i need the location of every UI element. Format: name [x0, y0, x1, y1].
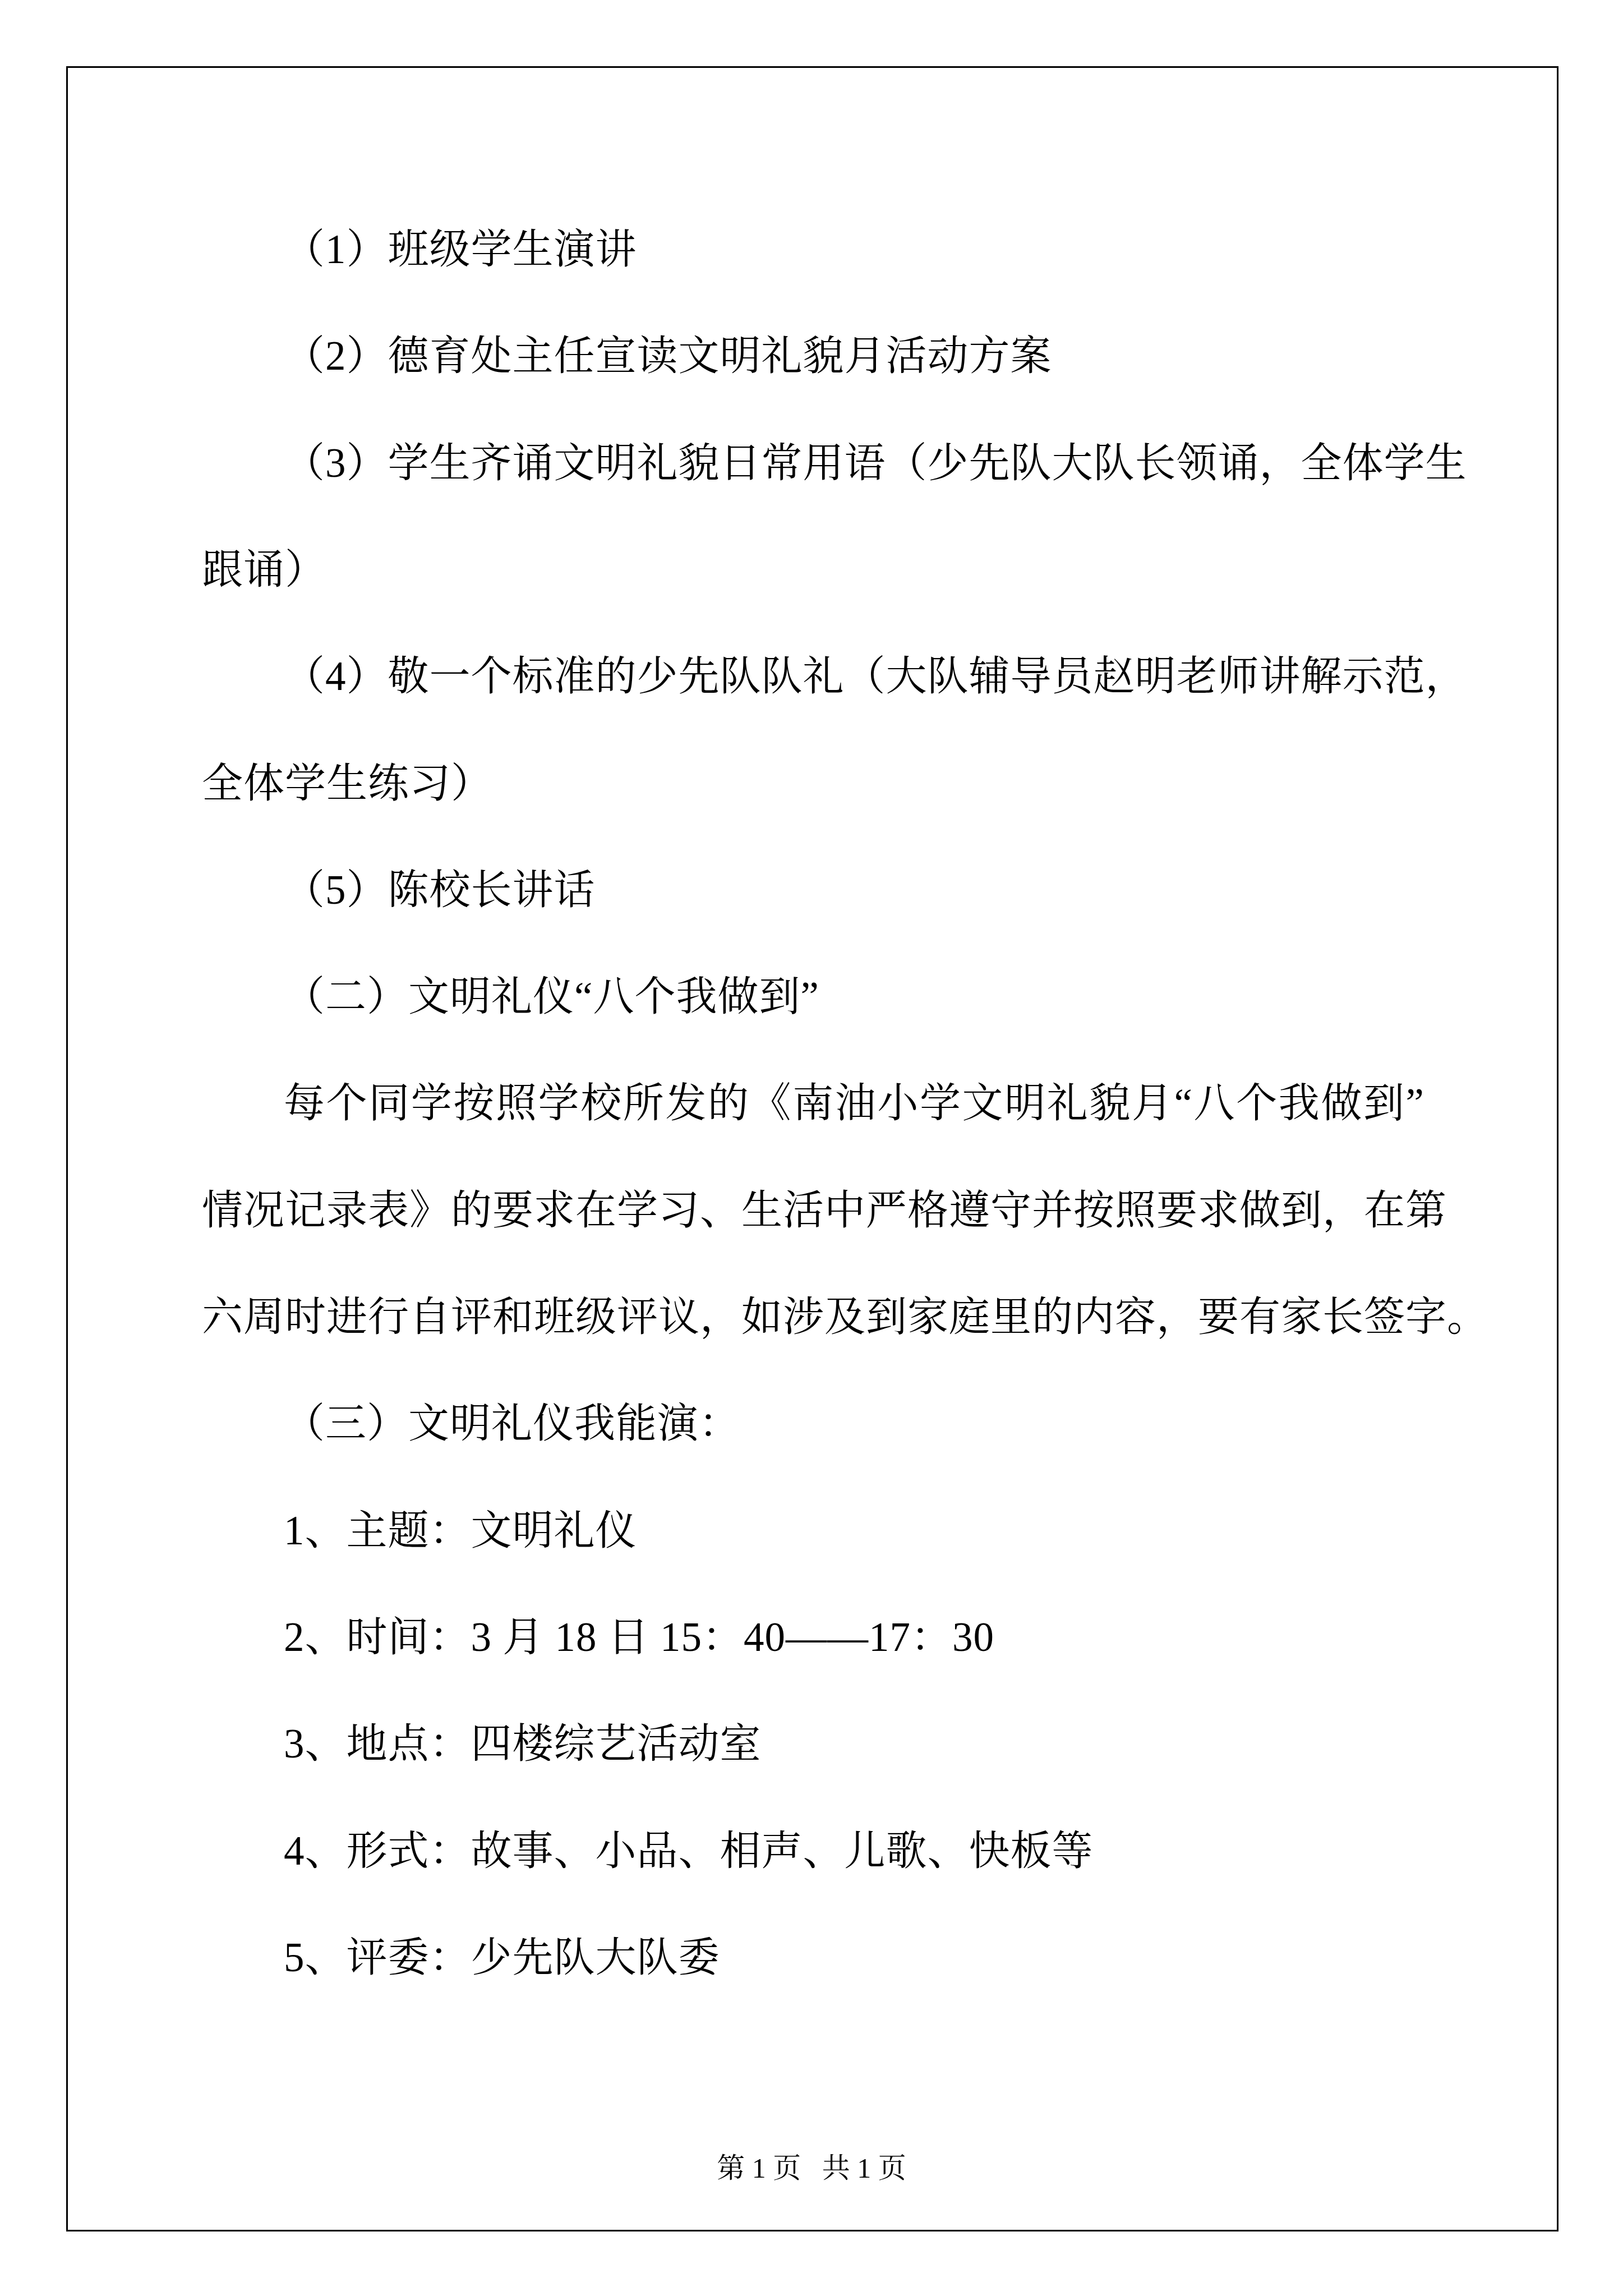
paragraph-body-line-2: 情况记录表》的要求在学习、生活中严格遵守并按照要求做到，在第 [202, 1157, 1424, 1264]
paragraph-item-3-line-1: （3）学生齐诵文明礼貌日常用语（少先队大队长领诵，全体学生 [284, 410, 1424, 517]
paragraph-item-3-line-2: 跟诵） [202, 517, 1424, 623]
list-item-format: 4、形式：故事、小品、相声、儿歌、快板等 [284, 1798, 1424, 1904]
list-item-judges: 5、评委：少先队大队委 [284, 1904, 1424, 2011]
paragraph-item-1: （1）班级学生演讲 [284, 196, 1424, 303]
list-item-theme: 1、主题：文明礼仪 [284, 1478, 1424, 1584]
paragraph-item-4-line-1: （4）敬一个标准的少先队队礼（大队辅导员赵明老师讲解示范， [284, 623, 1424, 730]
page-number-footer: 第 1 页 共 1 页 [0, 2148, 1623, 2188]
paragraph-item-2: （2）德育处主任宣读文明礼貌月活动方案 [284, 303, 1424, 409]
section-heading-2: （二）文明礼仪“八个我做到” [284, 944, 1424, 1050]
paragraph-body-line-3: 六周时进行自评和班级评议，如涉及到家庭里的内容，要有家长签字。 [202, 1264, 1424, 1370]
paragraph-body-line-1: 每个同学按照学校所发的《南油小学文明礼貌月“八个我做到” [284, 1050, 1424, 1157]
paragraph-item-5: （5）陈校长讲话 [284, 837, 1424, 944]
paragraph-item-4-line-2: 全体学生练习） [202, 730, 1424, 837]
list-item-location: 3、地点：四楼综艺活动室 [284, 1691, 1424, 1797]
section-heading-3: （三）文明礼仪我能演： [284, 1370, 1424, 1477]
list-item-time: 2、时间：3 月 18 日 15：40——17：30 [284, 1584, 1424, 1691]
